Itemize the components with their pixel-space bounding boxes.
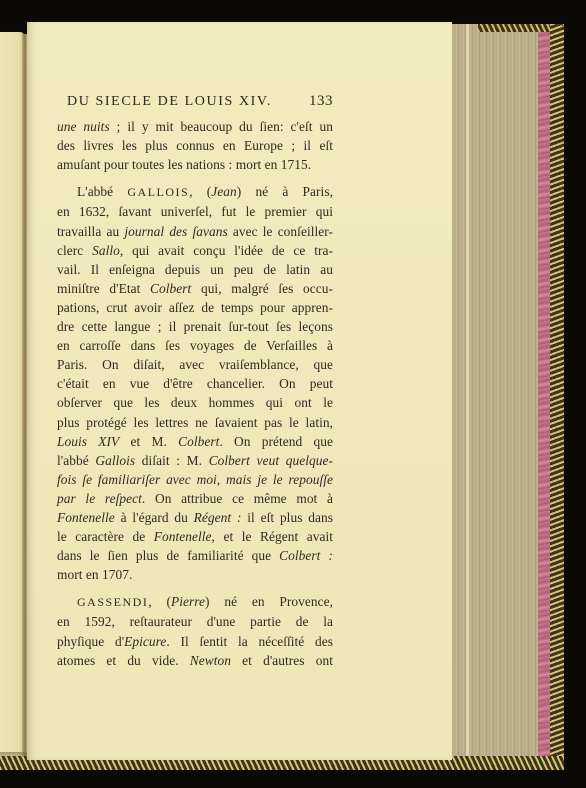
- text-line: amuſant pour toutes les nations : mort e…: [57, 155, 333, 174]
- text-line: vail. Il enſeigna depuis un peu de latin…: [57, 260, 333, 279]
- text-line: L'abbé GALLOIS, (Jean) né à Paris,: [57, 182, 333, 202]
- text-run: atomes et du vide.: [57, 653, 190, 668]
- italic-text: Colbert :: [279, 548, 333, 563]
- italic-text: Fontenelle: [57, 510, 115, 525]
- text-run: le caractère de: [57, 529, 154, 544]
- text-run: . On prétend que: [219, 434, 333, 449]
- italic-text: Epicure: [124, 634, 166, 649]
- italic-text: fois ſe familiariſer avec moi: [57, 472, 217, 487]
- gilt-cover-edge-right: [550, 24, 564, 768]
- paragraph-continuation: une nuits ; il y mit beaucoup du ſien: c…: [57, 117, 333, 174]
- italic-text: Colbert: [178, 434, 219, 449]
- running-head-title: DU SIECLE DE LOUIS XIV.: [67, 92, 272, 111]
- text-run: et M.: [119, 434, 178, 449]
- italic-text: Newton: [190, 653, 231, 668]
- running-head: DU SIECLE DE LOUIS XIV. 133: [67, 92, 333, 111]
- italic-text: Sallo: [92, 243, 120, 258]
- text-run: clerc: [57, 243, 92, 258]
- text-line: Paris. On diſait, avec vraiſemblance, qu…: [57, 355, 333, 374]
- text-line: en 1632, ſavant univerſel, fut le premie…: [57, 202, 333, 221]
- text-run: ) né en Provence,: [205, 594, 333, 609]
- text-line: le caractère de Fontenelle, et le Régent…: [57, 527, 333, 546]
- text-run: travailla au: [57, 224, 124, 239]
- text-line: miniſtre d'Etat Colbert qui, malgré ſes …: [57, 279, 333, 298]
- text-run: ) né à Paris,: [237, 184, 333, 199]
- text-line: en 1592, reſtaurateur d'une partie de la: [57, 612, 333, 631]
- text-run: ; il y mit beaucoup du ſien: c'eſt un: [110, 119, 333, 134]
- text-line: phyſique d'Epicure. Il ſentit la néceſſi…: [57, 632, 333, 651]
- text-line: Fontenelle à l'égard du Régent : il eſt …: [57, 508, 333, 527]
- text-run: il eſt plus dans: [241, 510, 333, 525]
- text-line: obſerver que les deux hommes qui ont le: [57, 393, 333, 412]
- paragraph-gassendi: GASSENDI, (Pierre) né en Provence, en 15…: [57, 592, 333, 669]
- text-line: c'était en vue d'être chancelier. On peu…: [57, 374, 333, 393]
- text-run: miniſtre d'Etat: [57, 281, 150, 296]
- text-line: en carroſſe dans ſes voyages de Verſaill…: [57, 336, 333, 355]
- text-line: dre cette langue ; il prenait ſur-tout ſ…: [57, 317, 333, 336]
- text-line: travailla au journal des ſavans avec le …: [57, 222, 333, 241]
- italic-text: Jean: [211, 184, 236, 199]
- text-run: et d'autres ont: [231, 653, 333, 668]
- text-run: avec le conſeiller-: [228, 224, 333, 239]
- page-block-fore-edge: [448, 24, 540, 758]
- text-run: phyſique d': [57, 634, 124, 649]
- entry-name: GASSENDI: [77, 595, 148, 609]
- book-photo: DU SIECLE DE LOUIS XIV. 133 une nuits ; …: [0, 0, 586, 788]
- italic-text: par le reſpect: [57, 491, 142, 506]
- italic-text: Fontenelle: [154, 529, 212, 544]
- text-run: , (: [148, 594, 171, 609]
- italic-text: Colbert veut quelque-: [209, 453, 333, 468]
- italic-text: Louis XIV: [57, 434, 119, 449]
- text-run: qui, malgré ſes occu-: [191, 281, 333, 296]
- italic-text: journal des ſavans: [124, 224, 227, 239]
- text-line: plus protégé les lettres ne ſavaient pas…: [57, 413, 333, 432]
- page-number: 133: [309, 92, 333, 111]
- text-line: GASSENDI, (Pierre) né en Provence,: [57, 592, 333, 612]
- text-line: clerc Sallo, qui avait conçu l'idée de c…: [57, 241, 333, 260]
- text-run: diſait : M.: [135, 453, 209, 468]
- italic-text: mais je le repouſſe: [226, 472, 333, 487]
- text-line: une nuits ; il y mit beaucoup du ſien: c…: [57, 117, 333, 136]
- text-line: l'abbé Gallois diſait : M. Colbert veut …: [57, 451, 333, 470]
- page-text: DU SIECLE DE LOUIS XIV. 133 une nuits ; …: [57, 92, 333, 670]
- text-run: . Il ſentit la néceſſité des: [166, 634, 333, 649]
- text-line: mort en 1707.: [57, 565, 333, 584]
- text-run: à l'égard du: [115, 510, 194, 525]
- italic-text: Gallois: [95, 453, 135, 468]
- text-run: l'abbé: [57, 453, 95, 468]
- text-run: L'abbé: [77, 184, 127, 199]
- fore-edge-highlight: [466, 24, 469, 758]
- text-run: dans le ſien plus de familiarité que: [57, 548, 279, 563]
- italic-text: Colbert: [150, 281, 191, 296]
- text-line: par le reſpect. On attribue ce même mot …: [57, 489, 333, 508]
- text-run: , qui avait conçu l'idée de ce tra-: [120, 243, 333, 258]
- text-line: atomes et du vide. Newton et d'autres on…: [57, 651, 333, 670]
- text-run: ,: [217, 472, 226, 487]
- text-line: pations, crut avoir aſſez de temps pour …: [57, 298, 333, 317]
- text-line: fois ſe familiariſer avec moi, mais je l…: [57, 470, 333, 489]
- text-run: , (: [189, 184, 211, 199]
- left-facing-page-edge: [0, 32, 24, 758]
- text-run: . On attribue ce même mot à: [142, 491, 333, 506]
- paragraph-gallois: L'abbé GALLOIS, (Jean) né à Paris, en 16…: [57, 182, 333, 584]
- text-run: , et le Régent avait: [212, 529, 333, 544]
- italic-text: une nuits: [57, 119, 110, 134]
- italic-text: Pierre: [171, 594, 205, 609]
- italic-text: Régent :: [194, 510, 242, 525]
- entry-name: GALLOIS: [127, 185, 189, 199]
- text-line: dans le ſien plus de familiarité que Col…: [57, 546, 333, 565]
- text-line: des livres les plus connus en Europe ; i…: [57, 136, 333, 155]
- text-line: Louis XIV et M. Colbert. On prétend que: [57, 432, 333, 451]
